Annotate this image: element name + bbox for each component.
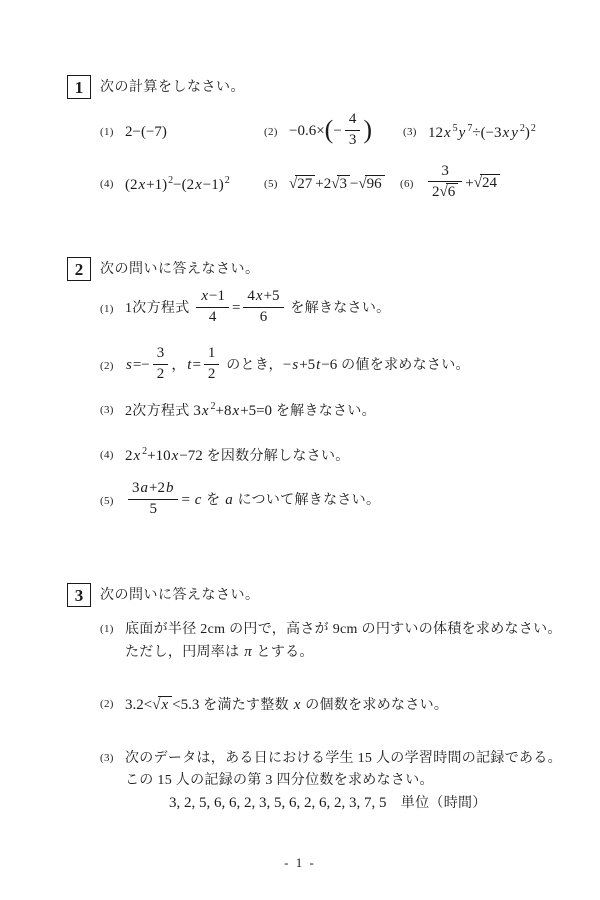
problem-expression: s=−32，t=12 のとき，−s+5t−6 の値を求めなさい。 <box>125 347 470 385</box>
problem-line: 底面が半径 2cm の円で，高さが 9cm の円すいの体積を求めなさい。 <box>125 619 562 641</box>
square-root: √24 <box>474 174 500 192</box>
math-run: 3, 2, 5, 6, 6, 2, 3, 5, 6, 2, 6, 2, 3, 7… <box>169 795 387 811</box>
fraction: 4x+56 <box>243 288 283 326</box>
math-superscript: 2 <box>531 123 536 134</box>
math-run: 4 <box>349 111 357 127</box>
math-run: +8 <box>215 403 231 419</box>
fraction: 12 <box>204 345 220 383</box>
fraction: 3a+2b5 <box>128 480 178 518</box>
text-run: について解きなさい。 <box>234 493 381 508</box>
math-variable: y <box>459 125 466 141</box>
math-run: 3 <box>339 176 347 192</box>
problem-line: ただし，円周率は π とする。 <box>125 641 562 664</box>
big-paren: ) <box>363 115 372 144</box>
problem-1-2: (2) −0.6×(−43) <box>264 106 372 158</box>
math-run: ÷(−3 <box>472 125 501 141</box>
problem-expression: 2x2+10x−72 を因数分解しなさい。 <box>125 445 350 465</box>
math-variable: c <box>195 492 202 508</box>
big-paren: ( <box>325 115 334 144</box>
text-run: 1次方程式 <box>125 301 193 316</box>
math-run: −1) <box>203 177 224 193</box>
text-run: を解きなさい。 <box>287 301 391 316</box>
math-run: +2 <box>315 176 331 192</box>
math-variable: s <box>126 357 132 373</box>
math-variable: x <box>201 288 208 304</box>
math-run: +1) <box>146 177 167 193</box>
math-superscript: 5 <box>453 123 458 134</box>
math-run: 2 <box>157 366 165 382</box>
section-3-number-box: 3 <box>67 583 91 607</box>
math-variable: a <box>225 492 233 508</box>
problem-label: (3) <box>100 748 125 769</box>
problem-label: (5) <box>264 178 289 190</box>
section-2-number-box: 2 <box>67 257 91 281</box>
problem-label: (1) <box>100 619 125 640</box>
math-run: − <box>350 176 358 192</box>
math-run: 6 <box>260 309 268 325</box>
math-variable: x <box>161 697 168 713</box>
text-run: ただし，円周率は <box>125 645 243 660</box>
math-run: 3 <box>349 132 357 148</box>
math-variable: x <box>256 288 263 304</box>
text-run: とする。 <box>253 645 314 660</box>
math-run: 1 <box>208 345 216 361</box>
section-2-number: 2 <box>75 261 84 278</box>
math-run: 3 <box>193 403 201 419</box>
problem-label: (2) <box>264 126 289 138</box>
problem-expression: (2x+1)2−(2x−1)2 <box>125 175 230 194</box>
math-run: ， <box>171 357 186 373</box>
math-run: 6 <box>448 184 456 200</box>
math-run: 24 <box>482 175 497 191</box>
math-run: =− <box>133 357 150 373</box>
section-1-title: 次の計算をしなさい。 <box>100 80 245 97</box>
text-run: を満たす整数 <box>199 698 292 713</box>
math-run: +5 <box>299 357 315 373</box>
section-1-number-box: 1 <box>67 75 91 99</box>
problem-2-1: (1) 1次方程式 x−14=4x+56 を解きなさい。 <box>100 285 390 333</box>
math-variable: x <box>444 125 451 141</box>
math-variable: x <box>172 448 179 464</box>
problem-2-2: (2) s=−32，t=12 のとき，−s+5t−6 の値を求めなさい。 <box>100 342 470 390</box>
square-root: √3 <box>331 175 350 193</box>
problem-label: (4) <box>100 449 125 461</box>
problem-data-line: 3, 2, 5, 6, 6, 2, 3, 5, 6, 2, 6, 2, 3, 7… <box>125 792 562 815</box>
math-run: −72 <box>179 448 202 464</box>
text-run: の値を求めなさい。 <box>337 358 470 373</box>
math-variable: t <box>187 357 191 373</box>
text-run: 単位（時間） <box>387 796 487 811</box>
math-variable: s <box>292 357 298 373</box>
math-run: 2−(−7) <box>125 124 167 140</box>
problem-3-3: (3) 次のデータは，ある日における学生 15 人の学習時間の記録である。 この… <box>100 748 562 815</box>
problem-line: 次のデータは，ある日における学生 15 人の学習時間の記録である。 <box>125 748 562 770</box>
math-run: −1 <box>209 288 225 304</box>
section-3-number: 3 <box>75 587 84 604</box>
math-variable: x <box>195 177 202 193</box>
math-run: 2 <box>432 184 440 200</box>
problem-expression: √27+2√3−√96 <box>289 175 385 193</box>
math-run: +5=0 <box>240 403 272 419</box>
math-run: 3 <box>132 480 140 496</box>
text-run: のとき， <box>222 358 282 373</box>
problem-label: (1) <box>100 303 125 315</box>
math-variable: x <box>232 403 239 419</box>
text-run: 底面が半径 2cm の円で，高さが 9cm の円すいの体積を求めなさい。 <box>125 622 562 637</box>
text-run: を因数分解しなさい。 <box>203 449 350 464</box>
fraction: 32√6 <box>428 163 462 202</box>
math-variable: x <box>139 177 146 193</box>
math-run: 3 <box>157 345 165 361</box>
text-run: この 15 人の記録の第 3 四分位数を求めなさい。 <box>125 773 434 788</box>
math-run: 2 <box>208 366 216 382</box>
math-run: − <box>333 123 341 139</box>
math-superscript: 2 <box>225 175 230 186</box>
problem-line: この 15 人の記録の第 3 四分位数を求めなさい。 <box>125 770 562 792</box>
problem-expression: 3.2<√x<5.3 を満たす整数 x の個数を求めなさい。 <box>125 694 448 714</box>
problem-2-3: (3) 2次方程式 3x2+8x+5=0 を解きなさい。 <box>100 396 376 424</box>
problem-1-3: (3) 12x5y7÷(−3xy2)2 <box>403 106 536 158</box>
square-root: √6 <box>440 183 459 201</box>
math-run: 4 <box>209 309 217 325</box>
math-run: ) <box>525 125 530 141</box>
square-root: √96 <box>358 175 384 193</box>
math-run: +2 <box>149 480 165 496</box>
problem-expression: 32√6+√24 <box>425 165 500 204</box>
worksheet-page: 1 次の計算をしなさい。 (1) 2−(−7) (2) −0.6×(−43) (… <box>0 0 600 900</box>
problem-label: (2) <box>100 698 125 710</box>
problem-label: (5) <box>100 495 125 507</box>
problem-text: 底面が半径 2cm の円で，高さが 9cm の円すいの体積を求めなさい。 ただし… <box>125 619 562 664</box>
page-number: - 1 - <box>0 855 600 871</box>
problem-expression: 2−(−7) <box>125 124 167 141</box>
math-run: −0.6× <box>289 123 325 139</box>
math-variable: y <box>511 125 518 141</box>
math-run: −6 <box>321 357 337 373</box>
square-root: √x <box>152 696 172 714</box>
math-run: 27 <box>297 176 312 192</box>
math-variable: x <box>134 448 141 464</box>
math-run: 5 <box>149 501 157 517</box>
problem-expression: 3a+2b5= c を a について解きなさい。 <box>125 482 380 520</box>
problem-1-1: (1) 2−(−7) <box>100 106 167 158</box>
math-run: + <box>465 175 473 191</box>
math-run: 4 <box>247 288 255 304</box>
text-run: 2次方程式 <box>125 404 193 419</box>
problem-3-2: (2) 3.2<√x<5.3 を満たす整数 x の個数を求めなさい。 <box>100 690 448 718</box>
math-run: −(2 <box>173 177 194 193</box>
problem-expression: 1次方程式 x−14=4x+56 を解きなさい。 <box>125 290 390 328</box>
math-run: = <box>232 300 240 316</box>
math-run: 3.2< <box>125 697 152 713</box>
problem-2-4: (4) 2x2+10x−72 を因数分解しなさい。 <box>100 441 350 469</box>
problem-1-5: (5) √27+2√3−√96 <box>264 158 385 210</box>
math-run: − <box>283 357 291 373</box>
math-run: 12 <box>428 125 443 141</box>
problem-1-6: (6) 32√6+√24 <box>400 158 500 210</box>
math-variable: t <box>316 357 320 373</box>
fraction: x−14 <box>196 288 229 326</box>
math-run: +10 <box>147 448 170 464</box>
math-run: <5.3 <box>172 697 199 713</box>
math-variable: x <box>294 697 301 713</box>
section-3-title: 次の問いに答えなさい。 <box>100 588 260 605</box>
math-run: +5 <box>264 288 280 304</box>
problem-label: (3) <box>403 126 428 138</box>
problem-label: (4) <box>100 178 125 190</box>
fraction: 43 <box>345 111 361 149</box>
text-run: を <box>202 493 224 508</box>
text-run: を解きなさい。 <box>272 404 376 419</box>
math-variable: π <box>244 644 252 660</box>
square-root: √27 <box>289 175 315 193</box>
problem-label: (3) <box>100 404 125 416</box>
problem-3-1: (1) 底面が半径 2cm の円で，高さが 9cm の円すいの体積を求めなさい。… <box>100 619 562 664</box>
math-variable: b <box>166 480 174 496</box>
problem-2-5: (5) 3a+2b5= c を a について解きなさい。 <box>100 477 380 525</box>
math-variable: x <box>202 403 209 419</box>
math-run: (2 <box>125 177 138 193</box>
problem-expression: 12x5y7÷(−3xy2)2 <box>428 123 536 142</box>
problem-label: (2) <box>100 360 125 372</box>
problem-1-4: (4) (2x+1)2−(2x−1)2 <box>100 158 230 210</box>
math-variable: a <box>141 480 149 496</box>
text-run: の個数を求めなさい。 <box>301 698 448 713</box>
section-1-number: 1 <box>75 79 84 96</box>
fraction: 32 <box>153 345 169 383</box>
math-variable: x <box>503 125 510 141</box>
math-run: = <box>181 492 193 508</box>
problem-expression: 2次方程式 3x2+8x+5=0 を解きなさい。 <box>125 400 376 420</box>
problem-text: 次のデータは，ある日における学生 15 人の学習時間の記録である。 この 15 … <box>125 748 562 815</box>
math-run: 2 <box>125 448 133 464</box>
problem-label: (1) <box>100 126 125 138</box>
math-run: 96 <box>367 176 382 192</box>
section-2-title: 次の問いに答えなさい。 <box>100 262 260 279</box>
text-run: 次のデータは，ある日における学生 15 人の学習時間の記録である。 <box>125 751 562 766</box>
math-run: 3 <box>441 163 449 179</box>
problem-expression: −0.6×(−43) <box>289 113 372 151</box>
problem-label: (6) <box>400 178 425 190</box>
math-run: = <box>192 357 200 373</box>
